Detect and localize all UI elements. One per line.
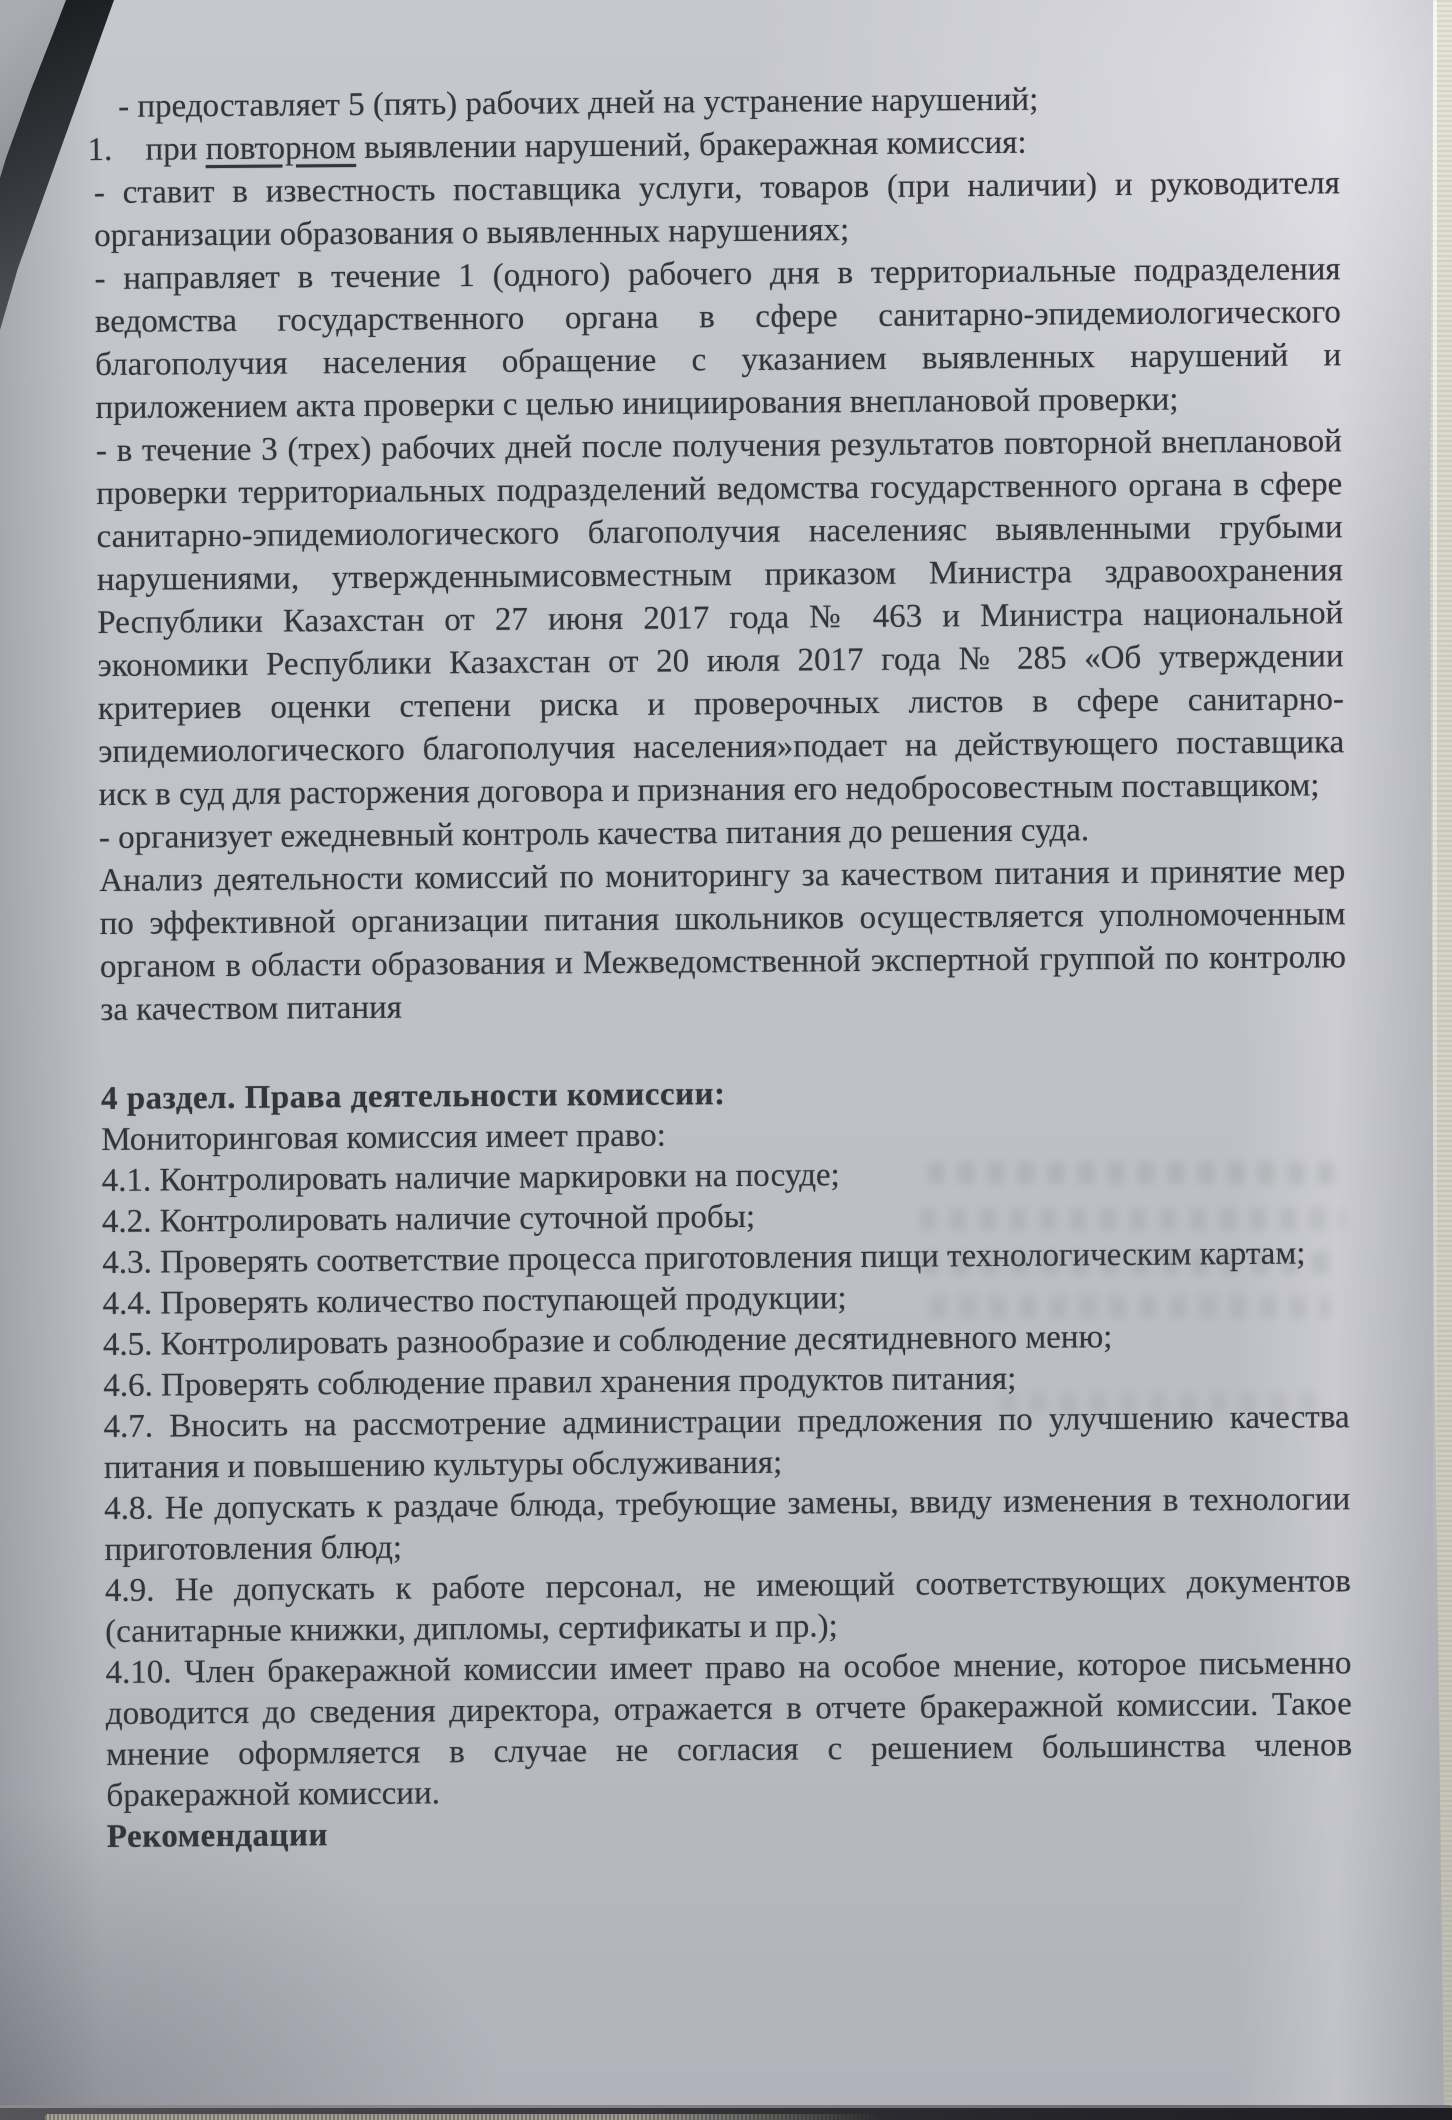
intro-paragraph: Анализ деятельности комиссий по монитори… <box>99 850 1346 1032</box>
document-text: - предоставляет 5 (пять) рабочих дней на… <box>93 76 1353 1858</box>
underlined-word: повторном <box>205 130 356 167</box>
item-number: 1. <box>87 129 145 172</box>
rights-item: 4.9. Не допускать к работе персонал, не … <box>105 1561 1352 1653</box>
intro-paragraphs: - предоставляет 5 (пять) рабочих дней на… <box>93 76 1346 1032</box>
table-edge-speckle <box>45 2114 885 2120</box>
page-edge-highlight <box>1433 0 1437 1654</box>
rights-item: 4.10. Член бракеражной комиссии имеет пр… <box>105 1643 1352 1817</box>
rights-section: 4 раздел. Права деятельности комиссии: М… <box>101 1069 1353 1858</box>
intro-paragraph: - направляет в течение 1 (одного) рабоче… <box>94 248 1341 430</box>
rights-list: 4.1. Контролировать наличие маркировки н… <box>101 1151 1352 1817</box>
intro-paragraph: - в течение 3 (трех) рабочих дней после … <box>96 420 1345 817</box>
rights-item: 4.7. Вносить на рассмотрение администрац… <box>103 1397 1350 1489</box>
rights-item: 4.8. Не допускать к раздаче блюда, требу… <box>104 1479 1351 1571</box>
intro-paragraph: - ставит в известность поставщика услуги… <box>94 162 1341 258</box>
